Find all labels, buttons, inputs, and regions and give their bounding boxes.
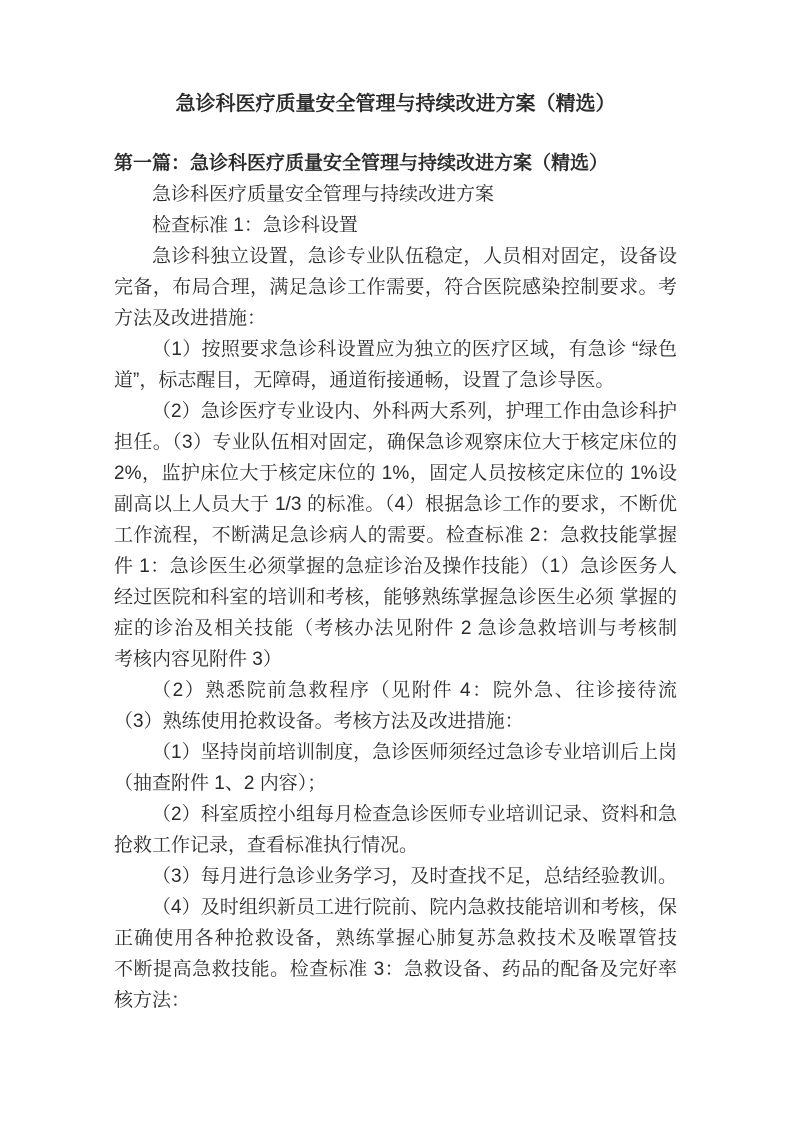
document-content: 急诊科医疗质量安全管理与持续改进方案（精选） 第一篇：急诊科医疗质量安全管理与持…: [114, 88, 677, 1016]
document-line: 经过医院和科室的培训和考核，能够熟练掌握急诊医生必须 掌握的急: [114, 582, 677, 613]
document-line: 正确使用各种抢救设备，熟练掌握心肺复苏急救技术及喉罩管技术，: [114, 923, 677, 954]
document-line: （3）每月进行急诊业务学习，及时查找不足，总结经验教训。: [114, 861, 677, 892]
document-line: （1）坚持岗前培训制度，急诊医师须经过急诊专业培训后上岗: [114, 737, 677, 768]
document-line: （2）熟悉院前急救程序（见附件 4：院外急、往诊接待流程）；: [114, 675, 677, 706]
document-line: （1）按照要求急诊科设置应为独立的医疗区域，有急诊 “绿色通: [114, 334, 677, 365]
document-line: 检查标准 1：急诊科设置: [114, 210, 677, 241]
document-line: 症的诊治及相关技能（考核办法见附件 2 急诊急救培训与考核制度、: [114, 613, 677, 644]
document-line: 担任。（3）专业队伍相对固定，确保急诊观察床位大于核定床位的: [114, 427, 677, 458]
document-line: 不断提高急救技能。检查标准 3：急救设备、药品的配备及完好率 考: [114, 954, 677, 985]
document-line: 方法及改进措施：: [114, 303, 677, 334]
document-line: 完备，布局合理，满足急诊工作需要，符合医院感染控制要求。考核: [114, 272, 677, 303]
document-line: 副高以上人员大于 1/3 的标准。（4）根据急诊工作的要求，不断优化: [114, 489, 677, 520]
document-line: 急诊科医疗质量安全管理与持续改进方案: [114, 179, 677, 210]
document-line: 抢救工作记录，查看标准执行情况。: [114, 830, 677, 861]
document-line: 2%，监护床位大于核定床位的 1%，固定人员按核定床位的 1%设置，: [114, 458, 677, 489]
document-line: 道”，标志醒目，无障碍，通道衔接通畅，设置了急诊导医。: [114, 365, 677, 396]
document-line: （4）及时组织新员工进行院前、院内急救技能培训和考核，保障: [114, 892, 677, 923]
document-line: （3）熟练使用抢救设备。考核方法及改进措施：: [114, 706, 677, 737]
document-line: （2）科室质控小组每月检查急诊医师专业培训记录、资料和急诊: [114, 799, 677, 830]
document-line: 考核内容见附件 3）: [114, 644, 677, 675]
document-line: 核方法：: [114, 985, 677, 1016]
title-gap: [114, 121, 677, 148]
document-line: 工作流程，不断满足急诊病人的需要。检查标准 2：急救技能掌握（附: [114, 520, 677, 551]
document-line: 件 1：急诊医生必须掌握的急症诊治及操作技能）（1）急诊医务人员: [114, 551, 677, 582]
document-line: 急诊科独立设置，急诊专业队伍稳定，人员相对固定，设备设施: [114, 241, 677, 272]
section-heading: 第一篇：急诊科医疗质量安全管理与持续改进方案（精选）: [114, 148, 677, 179]
document-title: 急诊科医疗质量安全管理与持续改进方案（精选）: [114, 88, 677, 121]
document-page: 急诊科医疗质量安全管理与持续改进方案（精选） 第一篇：急诊科医疗质量安全管理与持…: [0, 0, 793, 1122]
document-line: （抽查附件 1、2 内容）；: [114, 768, 677, 799]
document-line: （2）急诊医疗专业设内、外科两大系列，护理工作由急诊科护士: [114, 396, 677, 427]
document-body: 急诊科医疗质量安全管理与持续改进方案检查标准 1：急诊科设置急诊科独立设置，急诊…: [114, 179, 677, 1016]
